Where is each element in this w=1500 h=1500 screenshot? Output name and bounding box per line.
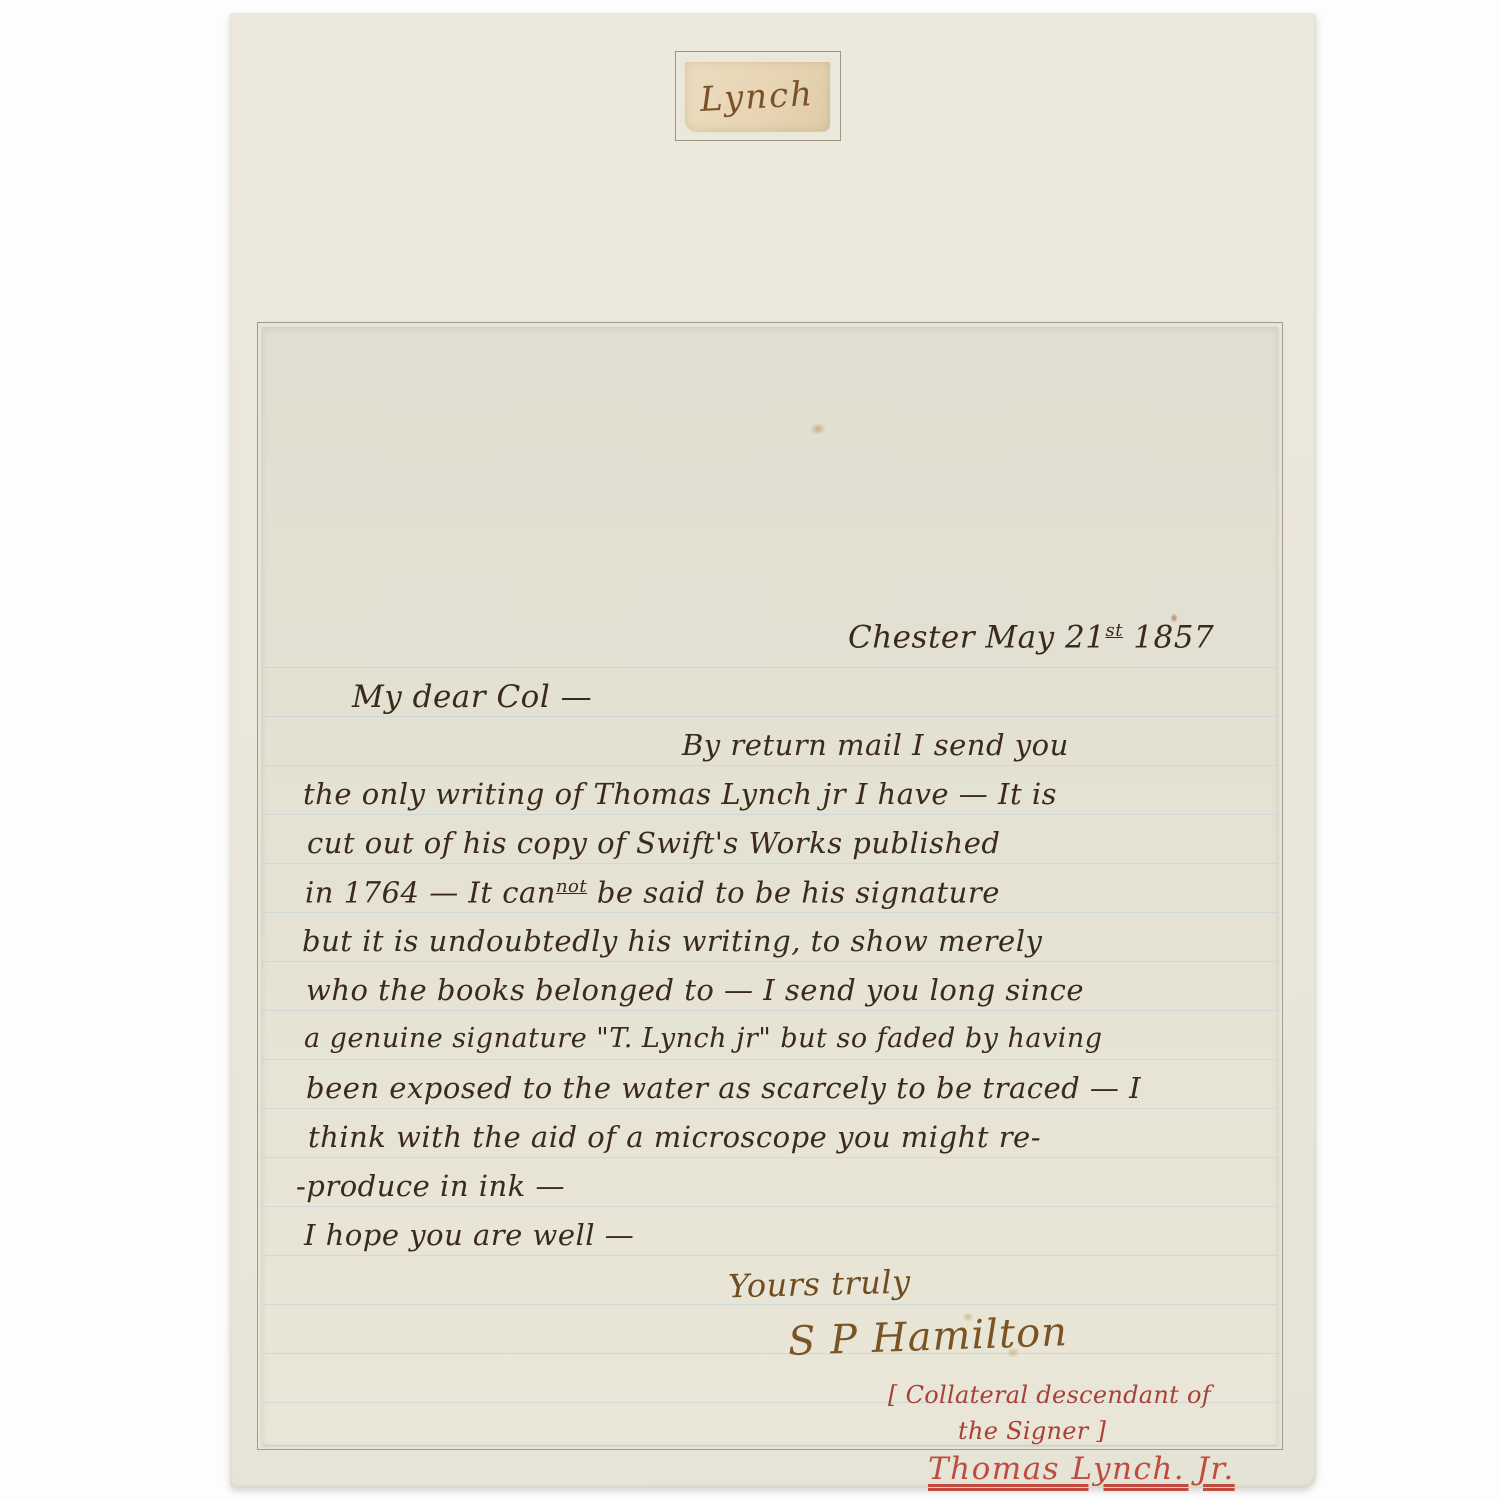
letter-body-line: in 1764 — It cannot be said to be his si… — [305, 878, 1000, 908]
curator-annotation-line: the Signer ] — [958, 1419, 1106, 1443]
foxing-stain — [810, 423, 826, 435]
body-line-4-suffix: be said to be his signature — [587, 876, 1000, 910]
letter-signature: S P Hamilton — [787, 1312, 1068, 1362]
dateline-place-month-day: Chester May 21 — [848, 619, 1105, 655]
letter-body-line: been exposed to the water as scarcely to… — [306, 1074, 1141, 1103]
signature-clipping: Lynch — [685, 62, 830, 131]
mount-caption: Thomas Lynch. Jr. — [928, 1451, 1235, 1487]
letter-body-line: think with the aid of a microscope you m… — [308, 1123, 1041, 1152]
letter-closing: Yours truly — [728, 1266, 911, 1303]
clipping-pencil-frame: Lynch — [675, 51, 841, 141]
letter-body-line: but it is undoubtedly his writing, to sh… — [302, 927, 1042, 956]
body-line-4-prefix: in 1764 — It can — [305, 876, 556, 910]
photo-background: Lynch Chester May 21st 1857 My dear Col … — [0, 0, 1500, 1500]
body-line-4-superscript: not — [556, 876, 587, 897]
letter-body-line: -produce in ink — — [296, 1172, 565, 1201]
dateline-ordinal-suffix: st — [1105, 620, 1122, 641]
letter-body-line: the only writing of Thomas Lynch jr I ha… — [303, 780, 1057, 809]
letter-body-line: who the books belonged to — I send you l… — [306, 976, 1084, 1005]
clipping-label: Lynch — [700, 74, 816, 120]
letter-dateline: Chester May 21st 1857 — [848, 622, 1214, 653]
letter-body-line: a genuine signature "T. Lynch jr" but so… — [304, 1025, 1103, 1052]
letter-pencil-frame: Chester May 21st 1857 My dear Col — By r… — [257, 322, 1283, 1450]
letter-sheet: Chester May 21st 1857 My dear Col — By r… — [262, 327, 1278, 1445]
curator-annotation-line: [ Collateral descendant of — [888, 1383, 1211, 1407]
dateline-year: 1857 — [1123, 619, 1214, 655]
letter-body-line: I hope you are well — — [304, 1221, 634, 1250]
letter-salutation: My dear Col — — [352, 682, 592, 713]
mount-board: Lynch Chester May 21st 1857 My dear Col … — [230, 13, 1316, 1488]
letter-body-line: By return mail I send you — [682, 731, 1069, 760]
letter-body-line: cut out of his copy of Swift's Works pub… — [307, 829, 1000, 858]
